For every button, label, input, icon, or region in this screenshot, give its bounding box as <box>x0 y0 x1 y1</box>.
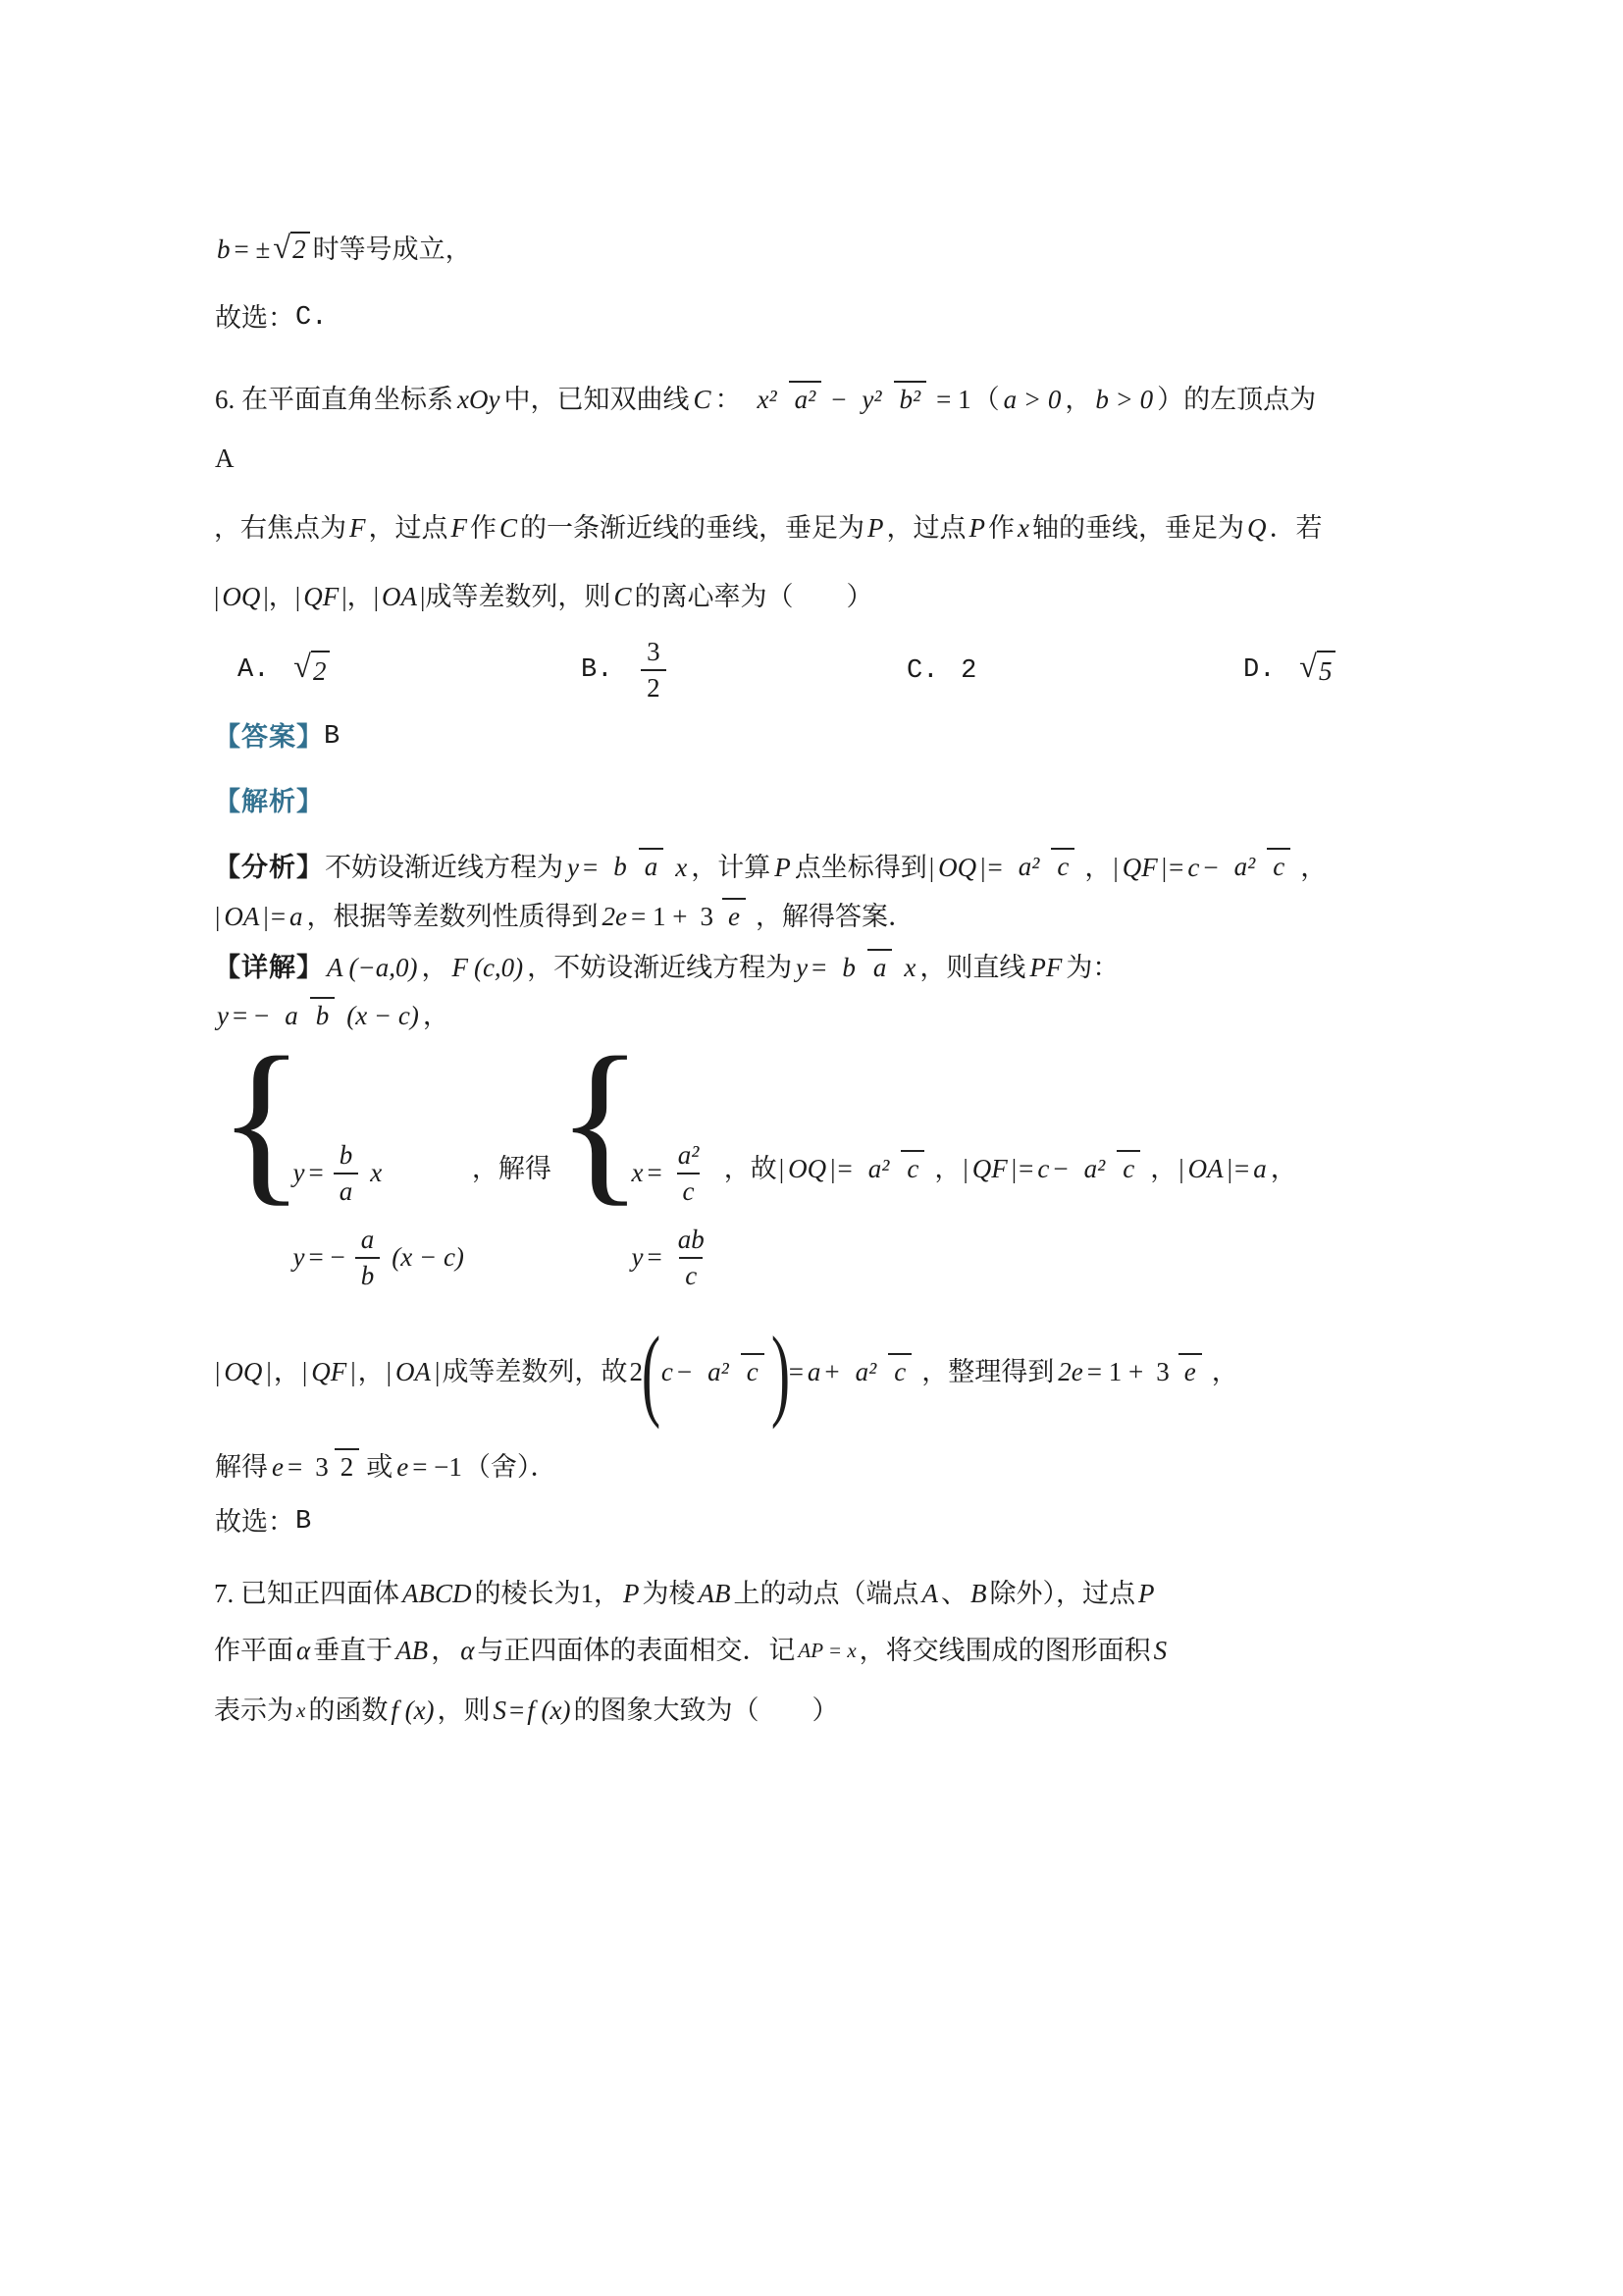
fraction-denominator: a <box>334 1173 359 1207</box>
abs-bar: | <box>435 1354 440 1389</box>
math-var: xOy <box>457 382 499 417</box>
question-7-stem-line-3: 表示为x的函数f (x)，则S = f (x)的图象大致为（ ） <box>214 1693 1427 1728</box>
text-run: OA <box>382 579 417 614</box>
radical-sign: √ <box>293 652 311 683</box>
question-6-stem-continued: A <box>214 441 1427 476</box>
math-var: b <box>217 232 231 267</box>
text: ，根据等差数列性质得到 <box>307 899 599 934</box>
text-run: 7. 已知正四面体 <box>214 1576 399 1611</box>
text-run: 的图象大致为（ ） <box>574 1693 839 1728</box>
fraction-numerator: y² <box>856 385 887 416</box>
system-row: y = − ab (x − c) <box>290 1225 467 1291</box>
math-var: a <box>808 1354 821 1389</box>
fraction-denominator: 2 <box>335 1448 360 1482</box>
radical-sign: √ <box>273 231 290 266</box>
right-paren: ) <box>771 1329 790 1416</box>
radicand: 2 <box>290 232 310 264</box>
fraction-denominator: b <box>355 1257 381 1291</box>
math-var: c <box>1187 850 1199 885</box>
math-var: QF <box>1123 850 1158 885</box>
text-run: ．若 <box>1270 510 1323 546</box>
text-run: x <box>296 1696 305 1724</box>
text-run: α <box>460 1633 474 1668</box>
equation-system-line: { y = ba x y = − ab (x − c) ，解得 { <box>214 1047 1427 1290</box>
fraction-numerator: a² <box>850 1357 883 1388</box>
fraction-numerator: a² <box>863 1154 896 1185</box>
math-var: a <box>1253 1151 1267 1186</box>
math-var: OA <box>395 1354 431 1389</box>
text-run: 上的动点（端点 <box>734 1576 919 1611</box>
text: 故选： <box>215 300 294 336</box>
abs-bar: | <box>1162 850 1167 885</box>
option-c-value: 2 <box>961 656 976 686</box>
math-expression: (x − c) <box>392 1239 464 1275</box>
fraction-denominator: a <box>867 949 893 982</box>
math-var: 2e <box>1058 1354 1082 1389</box>
text-run: P <box>623 1576 640 1611</box>
math-op: = <box>1234 1151 1249 1186</box>
fraction-denominator: a² <box>789 381 822 414</box>
fraction-numerator: x² <box>751 385 782 416</box>
text-run: | <box>214 579 219 614</box>
abs-bar: | <box>980 850 985 885</box>
text-run: 除外），过点 <box>990 1576 1136 1611</box>
abs-bar: | <box>350 1354 355 1389</box>
math-var: C <box>693 382 710 417</box>
fraction-denominator: a <box>639 848 664 881</box>
choice-letter: C. <box>295 300 327 336</box>
text-run: 作平面 <box>214 1633 293 1668</box>
abs-bar: | <box>387 1354 392 1389</box>
fraction: a²c <box>860 1154 928 1184</box>
arithmetic-sequence-line: | OQ | ， | QF | ， | OA | 成等差数列，故 2 ( c −… <box>214 1329 1427 1416</box>
math-op: = <box>288 1449 302 1485</box>
math-var: QF <box>311 1354 346 1389</box>
text: 故选： <box>215 1504 294 1539</box>
math-op: = <box>988 850 1003 885</box>
radicand: 5 <box>1317 651 1336 689</box>
text: ， <box>358 1354 385 1389</box>
abs-bar: | <box>1178 1151 1183 1186</box>
text-run: P <box>969 510 986 546</box>
math-var: y <box>631 1239 643 1275</box>
abs-bar: | <box>830 1151 835 1186</box>
math-op: = 1 <box>936 382 970 417</box>
fraction: ab <box>352 1225 384 1291</box>
text: （舍）． <box>464 1449 557 1485</box>
fraction-numerator: a² <box>1078 1154 1112 1185</box>
system-body: y = ba x y = − ab (x − c) <box>290 1140 467 1291</box>
question-7-stem-line-2: 作平面α垂直于 AB，α与正四面体的表面相交．记AP = x，将交线围成的图形面… <box>214 1633 1427 1668</box>
text-run: ，过点 <box>887 510 967 546</box>
abs-bar: | <box>963 1151 968 1186</box>
math-var: A <box>215 441 235 476</box>
sqrt-expression: √2 <box>293 651 330 689</box>
fraction: a²c <box>699 1357 767 1387</box>
text-run: 垂直于 <box>313 1633 393 1668</box>
fraction-denominator: c <box>901 1150 924 1183</box>
fraction: a²c <box>1010 852 1078 882</box>
system-body: x = a²c y = abc <box>628 1140 718 1291</box>
text-run: 作 <box>470 510 497 546</box>
math-var: a <box>289 899 303 934</box>
text: ： <box>714 382 741 417</box>
math-var: PF <box>1029 950 1062 985</box>
math-condition: a > 0 <box>1004 382 1062 417</box>
text: 解得 <box>215 1449 268 1485</box>
math-op: + <box>824 1354 839 1389</box>
fraction-numerator: b <box>836 953 862 984</box>
option-a-label: A. <box>237 655 269 685</box>
text-run: 的一条渐近线的垂线，垂足为 <box>520 510 864 546</box>
fraction: a²c <box>1075 1154 1144 1184</box>
math-var: e <box>272 1449 284 1485</box>
math-var: 2e <box>602 899 627 934</box>
analysis-summary-line-2: | OA | = a ，根据等差数列性质得到 2e = 1 + 3e ，解得答案… <box>214 899 1427 934</box>
math-op: = <box>647 1239 661 1275</box>
solution-line-equality-holds: b = ± √2 时等号成立， <box>214 232 1427 267</box>
math-var: e <box>396 1449 408 1485</box>
text-run: S <box>494 1693 507 1728</box>
analysis-header-line: 【解析】 <box>214 784 1427 819</box>
option-c: C. 2 <box>907 651 1243 689</box>
math-op: − <box>1203 850 1218 885</box>
fraction-denominator: e <box>722 898 746 931</box>
text-run: |成等差数列，则 <box>420 579 610 614</box>
math-op: = <box>309 1155 324 1190</box>
text: ，解得答案． <box>756 899 915 934</box>
text-run: ，右焦点为 <box>214 510 346 546</box>
fraction-denominator: c <box>679 1257 703 1291</box>
text-run: f (x) <box>527 1693 570 1728</box>
text-run: 与正四面体的表面相交．记 <box>477 1633 795 1668</box>
analysis-summary-line: 【分析】 不妨设渐近线方程为 y = ba x ，计算 P 点坐标得到 | OQ… <box>214 850 1427 885</box>
math-point: (−a,0) <box>349 950 418 985</box>
math-var: c <box>1037 1151 1049 1186</box>
math-op: = <box>271 899 286 934</box>
abs-bar: | <box>215 899 220 934</box>
text: ， <box>934 1151 961 1186</box>
fraction-numerator: 3 <box>641 637 666 669</box>
abs-bar: | <box>929 850 934 885</box>
option-c-label: C. <box>907 656 938 686</box>
math-op: = <box>1019 1151 1033 1186</box>
answer-line: 【答案】 B <box>214 719 1427 755</box>
option-d: D. √5 <box>1243 650 1337 689</box>
fraction: y²b² <box>853 385 929 415</box>
abs-bar: | <box>1113 850 1118 885</box>
math-op: = <box>811 950 826 985</box>
text-run: Q <box>1247 510 1267 546</box>
text: 时等号成立， <box>313 232 472 267</box>
math-var: OQ <box>938 850 976 885</box>
math-op: = ± <box>235 232 271 267</box>
document-page: b = ± √2 时等号成立， 故选： C. 6. 在平面直角坐标系 xOy 中… <box>0 0 1623 2296</box>
text: 6. 在平面直角坐标系 <box>215 382 453 417</box>
abs-bar: | <box>1228 1151 1232 1186</box>
text-run: 的棱长为1， <box>475 1576 621 1611</box>
answer-choice-line-q5: 故选： C. <box>214 300 1427 336</box>
text-run: A <box>922 1576 939 1611</box>
option-a: A. √2 <box>237 650 581 689</box>
math-op: = <box>583 850 598 885</box>
math-var: x <box>370 1155 382 1190</box>
fraction-numerator: a² <box>1229 852 1262 883</box>
text-run: |，| <box>341 579 379 614</box>
abs-bar: | <box>302 1354 307 1389</box>
option-b: B. 32 <box>581 637 907 704</box>
text: 或 <box>366 1449 393 1485</box>
text: ，计算 <box>691 850 770 885</box>
fraction-denominator: c <box>1117 1150 1140 1183</box>
math-var: y <box>293 1155 305 1190</box>
fraction: 3e <box>695 902 749 932</box>
section-label: 【详解】 <box>214 950 324 985</box>
equation-system-right: { x = a²c y = abc <box>556 1047 719 1290</box>
math-var: OA <box>224 899 259 934</box>
system-row: y = ba x <box>290 1140 467 1207</box>
math-op: = <box>647 1155 661 1190</box>
math-condition: b > 0 <box>1095 382 1153 417</box>
text-run: S <box>1154 1633 1168 1668</box>
fraction-numerator: ab <box>672 1225 710 1257</box>
solve-eccentricity-line: 解得 e = 32 或 e = −1 （舍）． <box>214 1449 1427 1485</box>
text-run: AB <box>699 1576 731 1611</box>
text-run: QF <box>303 579 339 614</box>
math-var: y <box>796 950 808 985</box>
text: ， <box>421 950 447 985</box>
text-run: = <box>509 1693 524 1728</box>
text: 点坐标得到 <box>795 850 927 885</box>
radicand: 2 <box>311 651 331 689</box>
fraction: x²a² <box>748 385 824 415</box>
text: ， <box>1084 850 1111 885</box>
detailed-solution-line-1: 【详解】 A (−a,0) ， F (c,0) ，不妨设渐近线方程为 y = b… <box>214 950 1427 985</box>
line-equation-pf: y = − ab (x − c) ， <box>214 998 1427 1033</box>
math-op: = − <box>309 1239 345 1275</box>
text-run: P <box>867 510 884 546</box>
fraction-numerator: a² <box>702 1357 735 1388</box>
text: ， <box>1150 1151 1177 1186</box>
math-point: (c,0) <box>474 950 523 985</box>
radical-sign: √ <box>1299 652 1317 683</box>
fraction-numerator: 3 <box>1150 1357 1176 1388</box>
fraction-numerator: a² <box>672 1140 706 1173</box>
math-var: c <box>661 1354 673 1389</box>
text-run: 表示为 <box>214 1693 293 1728</box>
text-run: ，则 <box>438 1693 491 1728</box>
text: ，不妨设渐近线方程为 <box>527 950 792 985</box>
answer-choice-line-q6: 故选： B <box>214 1504 1427 1539</box>
choice-letter: B <box>295 1504 311 1539</box>
fraction-denominator: 2 <box>641 669 666 704</box>
text-run: |，| <box>263 579 300 614</box>
fraction-denominator: e <box>1178 1353 1202 1386</box>
math-var: OA <box>1188 1151 1224 1186</box>
fraction-numerator: b <box>334 1140 359 1173</box>
text: 成等差数列，故 <box>442 1354 627 1389</box>
options-row: A. √2 B. 32 C. 2 D. √5 <box>214 637 1427 704</box>
text-run: ，将交线围成的图形面积 <box>860 1633 1151 1668</box>
question-6-stem: 6. 在平面直角坐标系 xOy 中，已知双曲线 C ： x²a² − y²b² … <box>214 382 1427 417</box>
abs-bar: | <box>215 1354 220 1389</box>
text: ， <box>1300 850 1327 885</box>
fraction-denominator: b² <box>894 381 927 414</box>
abs-bar: | <box>779 1151 784 1186</box>
text-run: AP = x <box>798 1637 856 1664</box>
fraction: a²c <box>1226 852 1294 882</box>
fraction-denominator: b <box>310 997 336 1030</box>
text-run: 为棱 <box>643 1576 696 1611</box>
abs-bar: | <box>263 899 268 934</box>
math-op: − <box>1053 1151 1068 1186</box>
text: ， <box>1065 382 1091 417</box>
math-op: − <box>677 1354 692 1389</box>
text-run: ABCD <box>402 1576 472 1611</box>
option-d-label: D. <box>1243 655 1275 685</box>
text: ， <box>423 998 449 1033</box>
analysis-label: 【解析】 <box>214 784 324 819</box>
text: 中，已知双曲线 <box>503 382 689 417</box>
text: 为： <box>1066 950 1119 985</box>
text-run: x <box>1018 510 1029 546</box>
question-7-stem-line-1: 7. 已知正四面体 ABCD 的棱长为1，P为棱 AB 上的动点（端点A 、B除… <box>214 1576 1427 1611</box>
math-var: y <box>567 850 579 885</box>
text-run: C <box>499 510 517 546</box>
fraction: abc <box>669 1225 713 1291</box>
text: （ <box>973 382 1000 417</box>
text-run: B <box>970 1576 987 1611</box>
text-run: AB <box>395 1633 428 1668</box>
math-var: QF <box>972 1151 1008 1186</box>
text-run: 的离心率为（ ） <box>634 579 872 614</box>
math-var: y <box>293 1239 305 1275</box>
fraction: ba <box>833 953 895 983</box>
text-run: F <box>349 510 366 546</box>
sqrt-expression: √2 <box>273 232 309 267</box>
fraction-denominator: c <box>888 1353 912 1386</box>
left-paren: ( <box>642 1329 660 1416</box>
math-op: = 1 + <box>631 899 687 934</box>
answer-label: 【答案】 <box>214 719 324 755</box>
sqrt-expression: √5 <box>1299 651 1335 689</box>
text-run: F <box>451 510 468 546</box>
math-var: OQ <box>224 1354 262 1389</box>
fraction-numerator: b <box>607 852 633 883</box>
system-row: y = abc <box>628 1225 718 1291</box>
text-run: 作 <box>988 510 1015 546</box>
fraction: ba <box>331 1140 362 1207</box>
math-op: = <box>789 1354 804 1389</box>
text: ， <box>274 1354 300 1389</box>
math-var: x <box>631 1155 643 1190</box>
question-6-stem-line-3: |OQ|，|QF|，|OA|成等差数列，则C的离心率为（ ） <box>214 579 1427 614</box>
text: ，则直线 <box>919 950 1025 985</box>
text-run: C <box>613 579 631 614</box>
math-var: P <box>774 850 791 885</box>
math-var: x <box>904 950 916 985</box>
math-op: = 1 + <box>1087 1354 1143 1389</box>
fraction-numerator: a <box>355 1225 381 1257</box>
equation-system-left: { y = ba x y = − ab (x − c) <box>218 1047 467 1290</box>
fraction-denominator: c <box>677 1173 701 1207</box>
fraction: 32 <box>641 637 666 704</box>
text-run: ，过点 <box>369 510 448 546</box>
math-var: OQ <box>788 1151 826 1186</box>
question-6-stem-line-2: ，右焦点为F，过点F作C的一条渐近线的垂线，垂足为P，过点P作x轴的垂线，垂足为… <box>214 510 1427 546</box>
text-run: 轴的垂线，垂足为 <box>1032 510 1244 546</box>
text-run: 、 <box>941 1576 968 1611</box>
math-op: = <box>838 1151 853 1186</box>
fraction: 3e <box>1150 1357 1204 1387</box>
math-expression: (x − c) <box>346 998 419 1033</box>
fraction: a²c <box>847 1357 916 1387</box>
text-run: OQ <box>222 579 260 614</box>
fraction-numerator: 3 <box>695 902 720 933</box>
fraction-denominator: c <box>1267 848 1290 881</box>
text: ，整理得到 <box>921 1354 1054 1389</box>
math-op: − <box>831 382 846 417</box>
text: ， <box>1271 1151 1297 1186</box>
system-row: x = a²c <box>628 1140 718 1207</box>
option-b-label: B. <box>581 655 612 685</box>
text: ）的左顶点为 <box>1157 382 1316 417</box>
fraction-denominator: c <box>741 1353 764 1386</box>
text-run: ， <box>431 1633 457 1668</box>
abs-bar: | <box>1012 1151 1017 1186</box>
text: ，解得 <box>472 1151 551 1186</box>
fraction: a²c <box>669 1140 708 1207</box>
text: ，故 <box>724 1151 777 1186</box>
math-var: x <box>675 850 687 885</box>
section-label: 【分析】 <box>214 850 324 885</box>
fraction: 32 <box>309 1452 359 1483</box>
fraction-numerator: 3 <box>309 1452 335 1484</box>
math-op: = −1 <box>412 1449 462 1485</box>
math-var: F <box>451 950 468 985</box>
text-run: P <box>1138 1576 1155 1611</box>
text-run: α <box>296 1633 310 1668</box>
fraction-numerator: a² <box>1013 852 1046 883</box>
answer-value: B <box>324 719 340 755</box>
text: ， <box>1212 1354 1238 1389</box>
abs-bar: | <box>266 1354 271 1389</box>
fraction: ba <box>604 852 666 882</box>
text-run: f (x) <box>391 1693 434 1728</box>
fraction-denominator: c <box>1051 848 1074 881</box>
math-op: = <box>1169 850 1183 885</box>
text-run: 的函数 <box>308 1693 388 1728</box>
text: 不妨设渐近线方程为 <box>325 850 563 885</box>
math-var: A <box>327 950 343 985</box>
